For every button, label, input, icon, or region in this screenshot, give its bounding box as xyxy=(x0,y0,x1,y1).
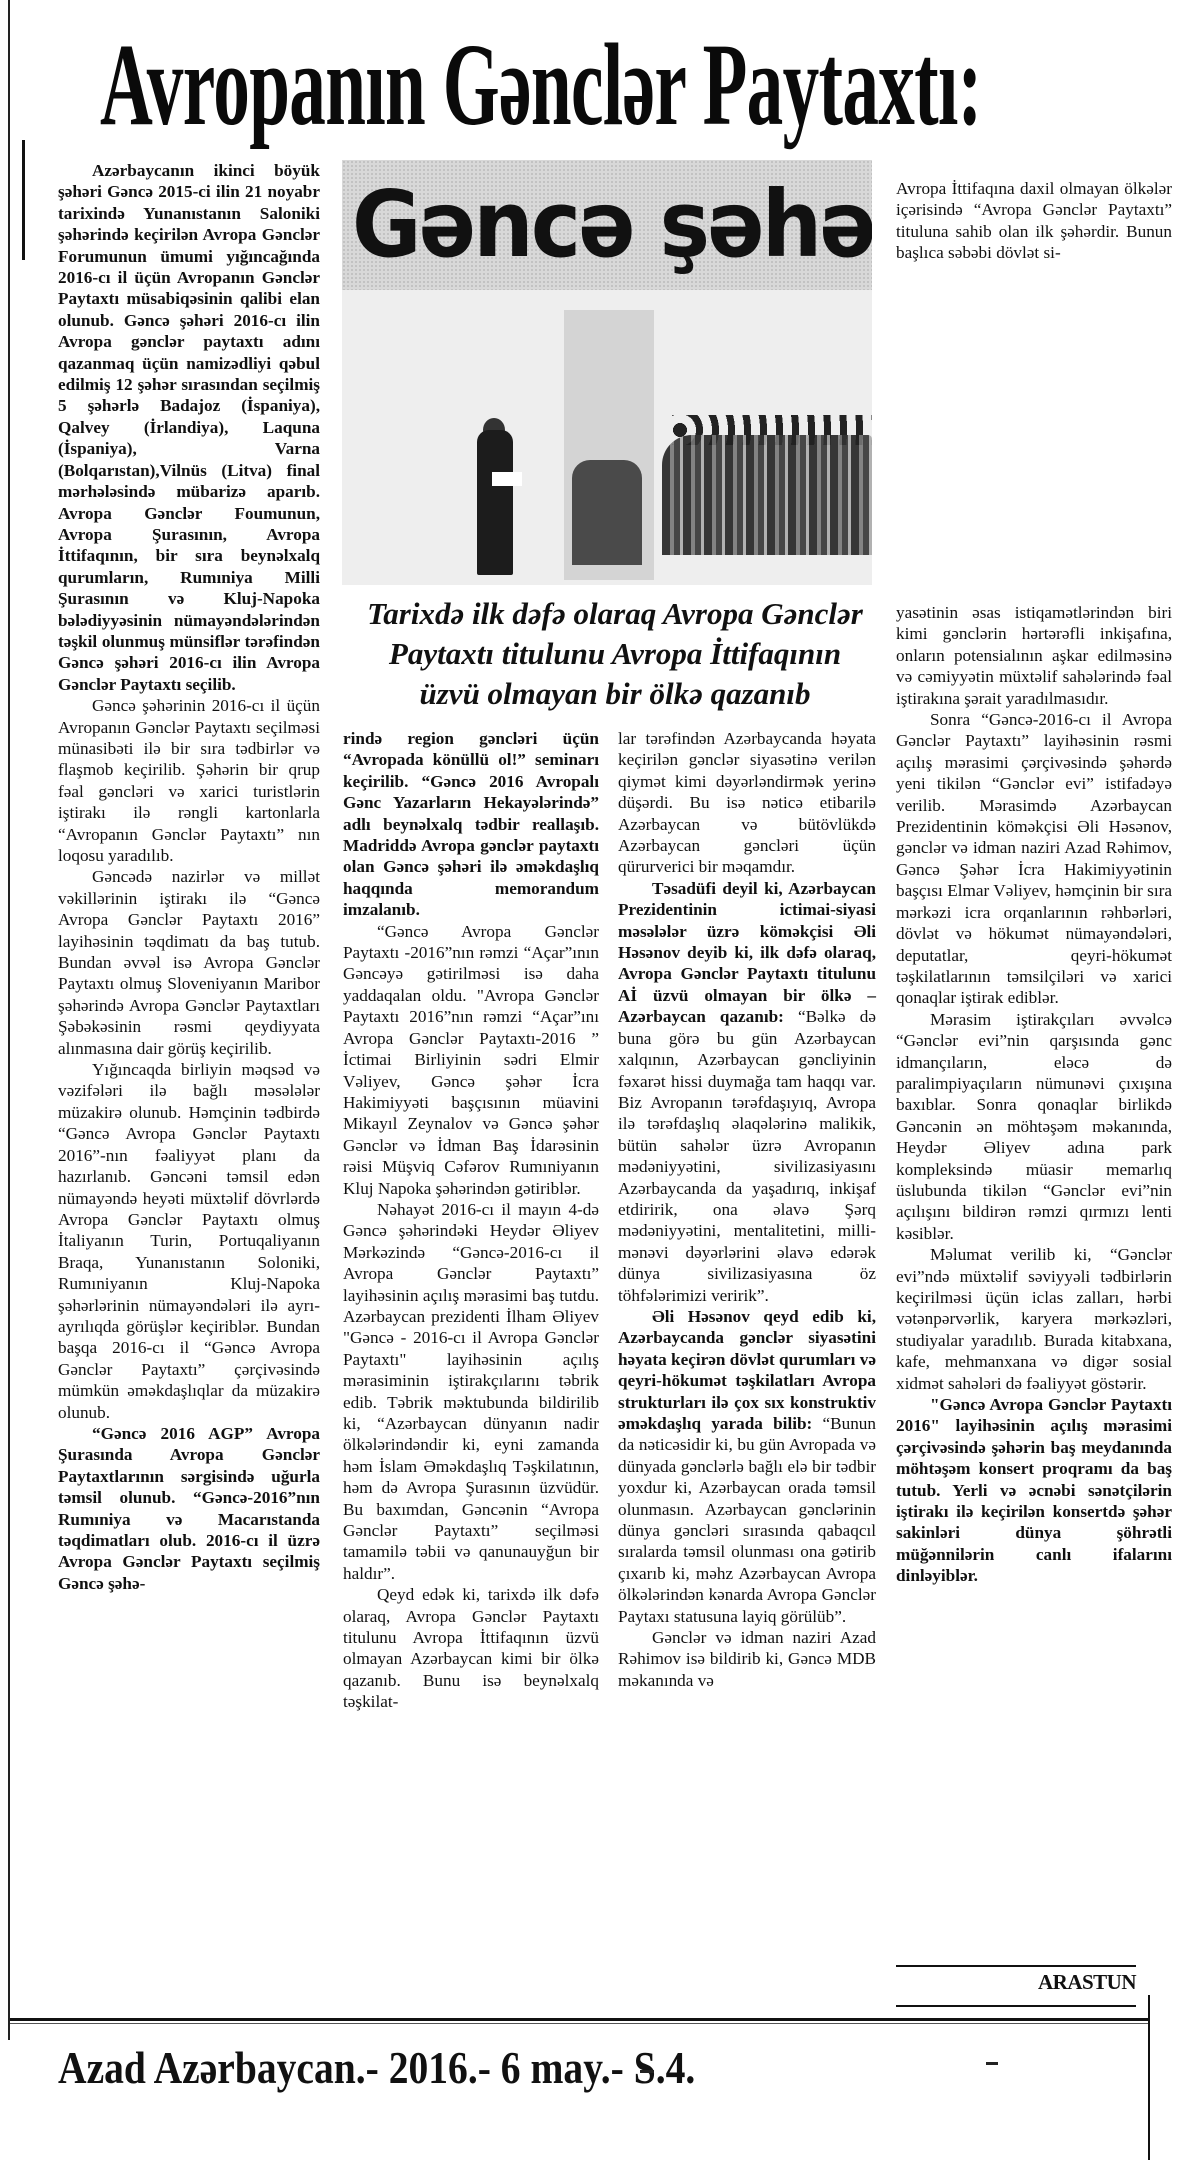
article-paragraph: Əli Həsənov qeyd edib ki, Azərbaycanda g… xyxy=(618,1306,876,1627)
article-headline: Avropanın Gənclər Paytaxtı: xyxy=(100,10,745,160)
photo-figures xyxy=(572,460,642,565)
paragraph-text: Gəncədə nazirlər və millət vəkillərinin … xyxy=(58,867,320,1057)
paragraph-text: yasətinin əsas istiqamətlərindən biri ki… xyxy=(896,603,1172,708)
photo-banner-text: Gəncə şəhəri xyxy=(352,166,830,284)
paragraph-text: Nəhayət 2016-cı il mayın 4-də Gəncə şəhə… xyxy=(343,1200,599,1583)
article-paragraph: Gəncə şəhərinin 2016-cı il üçün Avropanı… xyxy=(58,695,320,866)
article-paragraph: Sonra “Gəncə-2016-cı il Avropa Gənclər P… xyxy=(896,709,1172,1009)
article-paragraph: Yığıncaqda birliyin məqsəd və vəzifələri… xyxy=(58,1059,320,1423)
paragraph-text: “Gəncə 2016 AGP” Avropa Şurasında Avropa… xyxy=(58,1424,320,1593)
article-paragraph: Gənclər və idman naziri Azad Rəhimov isə… xyxy=(618,1627,876,1691)
article-paragraph: Mərasim iştirakçıları əvvəlcə “Gənclər e… xyxy=(896,1009,1172,1244)
paragraph-text: Azərbaycanın ikinci böyük şəhəri Gəncə 2… xyxy=(58,161,320,694)
paragraph-text: "Gəncə Avropa Gənclər Paytaxtı 2016" lay… xyxy=(896,1395,1172,1585)
article-photo: Gəncə şəhəri xyxy=(342,160,872,585)
paragraph-quote: “Bəlkə də buna görə bu gün Azərbaycan xa… xyxy=(618,1007,876,1304)
article-column-1: Azərbaycanın ikinci böyük şəhəri Gəncə 2… xyxy=(58,160,320,1594)
article-paragraph: Azərbaycanın ikinci böyük şəhəri Gəncə 2… xyxy=(58,160,320,695)
page-bottom-rule xyxy=(10,2018,1150,2021)
page-bottom-rule-thin xyxy=(10,2023,1150,2024)
article-paragraph: “Gəncə 2016 AGP” Avropa Şurasında Avropa… xyxy=(58,1423,320,1594)
article-paragraph: rində region gəncləri üçün “Avropada kön… xyxy=(343,728,599,921)
paragraph-text: Təsadüfi deyil ki, Azərbaycan Prezidenti… xyxy=(618,879,876,1026)
page-edge-mark xyxy=(22,140,25,260)
article-paragraph: Qeyd edək ki, tarixdə ilk dəfə olaraq, A… xyxy=(343,1584,599,1712)
article-paragraph: "Gəncə Avropa Gənclər Paytaxtı 2016" lay… xyxy=(896,1394,1172,1587)
paragraph-text: Gənclər və idman naziri Azad Rəhimov isə… xyxy=(618,1628,876,1690)
article-paragraph: “Gəncə Avropa Gənclər Paytaxtı -2016”nın… xyxy=(343,921,599,1199)
article-column-4-top: Avropa İttifaqına daxil olmayan ölkələr … xyxy=(896,178,1172,264)
article-column-3: lar tərəfindən Azərbaycanda həyata keçir… xyxy=(618,728,876,1691)
article-paragraph: Təsadüfi deyil ki, Azərbaycan Prezidenti… xyxy=(618,878,876,1306)
paragraph-text: Sonra “Gəncə-2016-cı il Avropa Gənclər P… xyxy=(896,710,1172,1007)
article-paragraph: Avropa İttifaqına daxil olmayan ölkələr … xyxy=(896,178,1172,264)
paragraph-text: Yığıncaqda birliyin məqsəd və vəzifələri… xyxy=(58,1060,320,1422)
article-column-4: yasətinin əsas istiqamətlərindən biri ki… xyxy=(896,602,1172,1587)
article-byline: ARASTUN xyxy=(1000,1970,1136,1995)
paragraph-text: Qeyd edək ki, tarixdə ilk dəfə olaraq, A… xyxy=(343,1585,599,1711)
paragraph-text: lar tərəfindən Azərbaycanda həyata keçir… xyxy=(618,729,876,876)
byline-rule-top xyxy=(896,1965,1136,1967)
scan-mark xyxy=(640,2070,654,2073)
paragraph-text: Gəncə şəhərinin 2016-cı il üçün Avropanı… xyxy=(58,696,320,865)
article-paragraph: yasətinin əsas istiqamətlərindən biri ki… xyxy=(896,602,1172,709)
byline-rule-bottom xyxy=(896,2005,1136,2007)
photo-audience xyxy=(662,435,872,555)
paragraph-text: “Gəncə Avropa Gənclər Paytaxtı -2016”nın… xyxy=(343,922,599,1198)
paragraph-text: Mərasim iştirakçıları əvvəlcə “Gənclər e… xyxy=(896,1010,1172,1243)
page-edge-line-right xyxy=(1148,1995,1150,2160)
article-subheadline: Tarixdə ilk dəfə olaraq Avropa Gənclər P… xyxy=(360,594,870,714)
scan-mark xyxy=(986,2062,998,2065)
paragraph-text: Məlumat verilib ki, “Gənclər evi”ndə müx… xyxy=(896,1245,1172,1392)
article-paragraph: Nəhayət 2016-cı il mayın 4-də Gəncə şəhə… xyxy=(343,1199,599,1584)
article-paragraph: lar tərəfindən Azərbaycanda həyata keçir… xyxy=(618,728,876,878)
article-paragraph: Məlumat verilib ki, “Gənclər evi”ndə müx… xyxy=(896,1244,1172,1394)
article-column-2: rində region gəncləri üçün “Avropada kön… xyxy=(343,728,599,1713)
paragraph-text: rində region gəncləri üçün “Avropada kön… xyxy=(343,729,599,919)
photo-speaker xyxy=(477,430,513,575)
source-citation: Azad Azərbaycan.- 2016.- 6 may.- S.4. xyxy=(58,2040,832,2096)
paragraph-quote: “Bunun da nəticəsidir ki, bu gün Avropad… xyxy=(618,1414,876,1626)
paragraph-text: Avropa İttifaqına daxil olmayan ölkələr … xyxy=(896,179,1172,262)
page-edge-line xyxy=(8,0,10,2040)
article-paragraph: Gəncədə nazirlər və millət vəkillərinin … xyxy=(58,866,320,1059)
photo-podium xyxy=(492,472,522,486)
